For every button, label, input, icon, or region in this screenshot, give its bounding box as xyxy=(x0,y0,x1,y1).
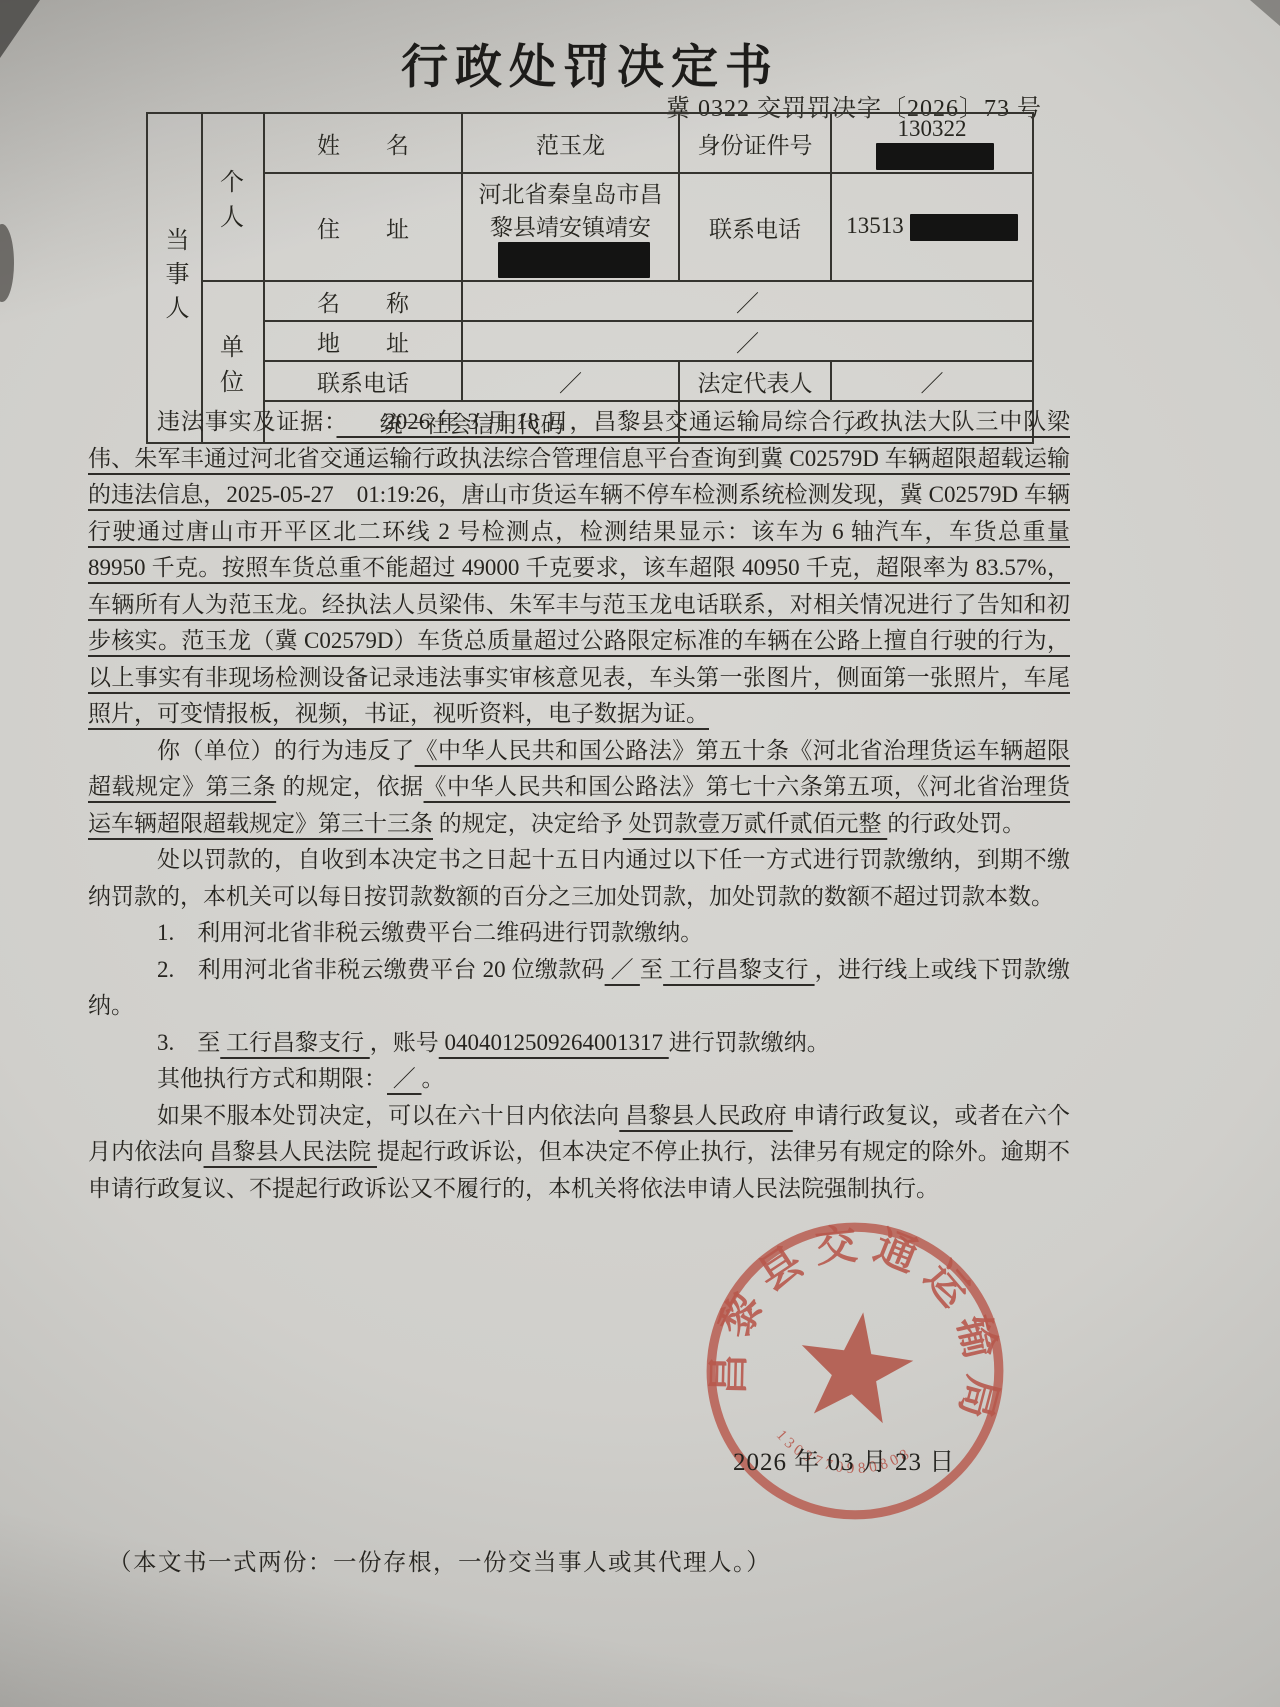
text-segment: 违法事实及证据： xyxy=(157,409,337,434)
page-title: 行政处罚决定书 xyxy=(0,30,1180,97)
id-label: 身份证件号 xyxy=(679,113,831,173)
unit-address-label: 地 址 xyxy=(264,321,462,361)
filled-blank: 处罚款壹万贰仟贰佰元整 xyxy=(623,811,888,836)
unit-address-value: ／ xyxy=(462,321,1033,361)
unit-name-value: ／ xyxy=(462,281,1033,321)
legal-rep-value: ／ xyxy=(831,361,1033,401)
legal-rep-label: 法定代表人 xyxy=(679,361,831,401)
filled-blank: 工行昌黎支行 xyxy=(220,1030,370,1055)
text-segment: 1. 利用河北省非税云缴费平台二维码进行罚款缴纳。 xyxy=(157,920,703,945)
appeal-rights-paragraph: 如果不服本处罚决定，可以在六十日内依法向 昌黎县人民政府 申请行政复议，或者在六… xyxy=(88,1098,1070,1208)
redaction-block xyxy=(498,242,650,278)
text-segment: 。 xyxy=(422,1066,445,1091)
other-execution-line: 其他执行方式和期限： ／ 。 xyxy=(88,1061,1070,1098)
penalty-decision-paragraph: 你（单位）的行为违反了《中华人民共和国公路法》第五十条《河北省治理货运车辆超限超… xyxy=(88,733,1070,843)
phone-prefix: 13513 xyxy=(846,213,904,238)
name-label: 姓 名 xyxy=(264,113,462,173)
id-prefix: 130322 xyxy=(898,116,967,141)
filled-blank: 工行昌黎支行 xyxy=(663,957,814,982)
text-segment: 进行罚款缴纳。 xyxy=(669,1030,830,1055)
name-value: 范玉龙 xyxy=(462,113,679,173)
text-segment: 的规定，依据 xyxy=(276,774,423,799)
filled-blank: 昌黎县人民法院 xyxy=(204,1139,377,1164)
party-table: 当事人 个人 姓 名 范玉龙 身份证件号 130322 住 址 河北省秦皇岛市昌… xyxy=(146,112,1034,444)
star-icon xyxy=(793,1305,919,1427)
photo-corner-artifact xyxy=(0,0,40,58)
text-segment: 其他执行方式和期限： xyxy=(157,1066,387,1091)
payment-method-3: 3. 至 工行昌黎支行 ，账号 0404012509264001317 进行罚款… xyxy=(88,1025,1070,1062)
facts-paragraph: 违法事实及证据： 2026 年 3 月 18 日，昌黎县交通运输局综合行政执法大… xyxy=(88,404,1070,733)
text-segment: 处以罚款的，自收到本决定书之日起十五日内通过以下任一方式进行罚款缴纳，到期不缴纳… xyxy=(88,847,1070,909)
filled-blank: 0404012509264001317 xyxy=(439,1030,669,1055)
payment-method-1: 1. 利用河北省非税云缴费平台二维码进行罚款缴纳。 xyxy=(88,915,1070,952)
text-segment: 至 xyxy=(640,957,663,982)
unit-phone-label: 联系电话 xyxy=(264,361,462,401)
unit-phone-value: ／ xyxy=(462,361,679,401)
unit-name-label: 名 称 xyxy=(264,281,462,321)
address-text: 河北省秦皇岛市昌黎县靖安镇靖安 xyxy=(479,182,663,240)
filled-blank: ／ xyxy=(387,1066,422,1091)
document-body: 违法事实及证据： 2026 年 3 月 18 日，昌黎县交通运输局综合行政执法大… xyxy=(88,404,1070,1207)
id-value: 130322 xyxy=(831,113,1033,173)
photo-corner-artifact xyxy=(1250,0,1280,26)
text-segment: 2. 利用河北省非税云缴费平台 20 位缴款码 xyxy=(157,957,605,982)
payment-terms-paragraph: 处以罚款的，自收到本决定书之日起十五日内通过以下任一方式进行罚款缴纳，到期不缴纳… xyxy=(88,842,1070,915)
filled-blank: 2026 年 3 月 18 日，昌黎县交通运输局综合行政执法大队三中队梁伟、朱军… xyxy=(88,409,1070,726)
official-seal: 昌黎县交通运输局 1303770980808 xyxy=(682,1198,1028,1544)
phone-value: 13513 xyxy=(831,173,1033,281)
party-label: 当事人 xyxy=(147,113,202,443)
filled-blank: 昌黎县人民政府 xyxy=(619,1103,793,1128)
filled-blank: ／ xyxy=(605,957,640,982)
text-segment: 的规定，决定给予 xyxy=(433,811,623,836)
payment-method-2: 2. 利用河北省非税云缴费平台 20 位缴款码 ／ 至 工行昌黎支行 ，进行线上… xyxy=(88,952,1070,1025)
photo-edge-artifact xyxy=(0,224,14,302)
text-segment: 的行政处罚。 xyxy=(887,811,1025,836)
text-segment: 如果不服本处罚决定，可以在六十日内依法向 xyxy=(157,1103,619,1128)
redaction-block xyxy=(876,143,994,170)
seal-date: 2026 年 03 月 23 日 xyxy=(733,1442,955,1478)
group-label-person: 个人 xyxy=(202,113,264,281)
phone-label: 联系电话 xyxy=(679,173,831,281)
text-segment: 你（单位）的行为违反了 xyxy=(157,738,415,763)
redaction-block xyxy=(910,214,1018,241)
text-segment: ，账号 xyxy=(370,1030,439,1055)
address-value: 河北省秦皇岛市昌黎县靖安镇靖安 xyxy=(462,173,679,281)
address-label: 住 址 xyxy=(264,173,462,281)
text-segment: 3. 至 xyxy=(157,1030,220,1055)
footer-note: （本文书一式两份：一份存根，一份交当事人或其代理人。） xyxy=(108,1543,771,1577)
